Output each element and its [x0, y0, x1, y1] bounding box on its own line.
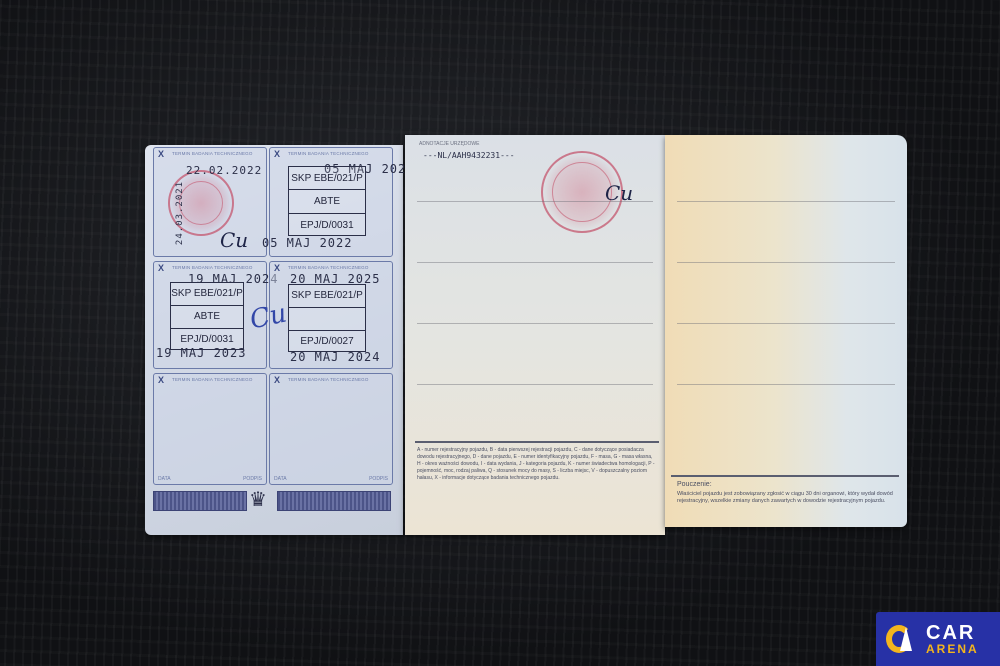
cell-header: TERMIN BADANIA TECHNICZNEGO [172, 265, 253, 270]
notice-page: Pouczenie: Właściciel pojazdu jest zobow… [665, 135, 907, 527]
cell-header: TERMIN BADANIA TECHNICZNEGO [288, 151, 369, 156]
cell-header: TERMIN BADANIA TECHNICZNEGO [288, 377, 369, 382]
notice-title: Pouczenie: [677, 481, 712, 488]
cell-mark: X [274, 375, 280, 385]
inspection-cell-1: X TERMIN BADANIA TECHNICZNEGO 22.02.2022… [153, 147, 267, 257]
security-band-left [153, 491, 247, 511]
divider [415, 441, 659, 443]
stamp-station: SKP EBE/021/P [171, 283, 243, 306]
side-date: 24.03.2021 [175, 181, 185, 245]
inspection-cell-4: X TERMIN BADANIA TECHNICZNEGO 20 MAJ 202… [269, 261, 393, 369]
car-arena-logo-icon [886, 623, 918, 655]
cell-footer-right: PODPIS [243, 476, 262, 482]
inspection-cell-5: X TERMIN BADANIA TECHNICZNEGO DATA PODPI… [153, 373, 267, 485]
cell-mark: X [158, 263, 164, 273]
stamp-date-bottom: 19 MAJ 2023 [156, 346, 246, 360]
stamp-date-bottom: 20 MAJ 2024 [290, 350, 380, 364]
ruled-lines [417, 201, 653, 445]
cell-footer-left: DATA [274, 476, 287, 482]
legend-text: A - numer rejestracyjny pojazdu, B - dat… [417, 447, 657, 525]
stamp-category: ABTE [289, 190, 365, 213]
stamp-category [289, 308, 365, 331]
stamp-date-bottom: 05 MAJ 2022 [262, 236, 352, 250]
security-band-right [277, 491, 391, 511]
inspection-cell-2: X TERMIN BADANIA TECHNICZNEGO 05 MAJ 202… [269, 147, 393, 257]
stamp-date-top: 22.02.2022 [186, 164, 262, 177]
official-notes-page: ADNOTACJE URZĘDOWE ---NL/AAH9432231--- C… [405, 135, 665, 535]
cell-header: TERMIN BADANIA TECHNICZNEGO [172, 377, 253, 382]
cell-mark: X [158, 149, 164, 159]
cell-mark: X [158, 375, 164, 385]
divider [671, 475, 899, 477]
serial-number: ---NL/AAH9432231--- [423, 151, 515, 160]
stamp-station: SKP EBE/021/P [289, 167, 365, 190]
logo-word-arena: ARENA [926, 643, 979, 655]
inspection-page: X TERMIN BADANIA TECHNICZNEGO 22.02.2022… [145, 145, 403, 535]
notice-text: Właściciel pojazdu jest zobowiązany zgło… [677, 491, 897, 521]
cell-mark: X [274, 149, 280, 159]
cell-header: TERMIN BADANIA TECHNICZNEGO [288, 265, 369, 270]
stamp-category: ABTE [171, 306, 243, 329]
cell-mark: X [274, 263, 280, 273]
logo-word-car: CAR [926, 623, 979, 643]
registration-document: X TERMIN BADANIA TECHNICZNEGO 22.02.2022… [145, 133, 907, 535]
cell-header: TERMIN BADANIA TECHNICZNEGO [172, 151, 253, 156]
inspection-stamp: SKP EBE/021/P ABTE EPJ/D/0031 [288, 166, 366, 236]
cell-footer-right: PODPIS [369, 476, 388, 482]
inspection-stamp: SKP EBE/021/P EPJ/D/0027 [288, 284, 366, 352]
inspection-stamp: SKP EBE/021/P ABTE EPJ/D/0031 [170, 282, 244, 350]
signature: Cu [220, 228, 248, 252]
notes-label: ADNOTACJE URZĘDOWE [419, 141, 479, 147]
cell-footer-left: DATA [158, 476, 171, 482]
stamp-examiner: EPJ/D/0031 [289, 214, 365, 236]
eagle-emblem-icon: ♛ [249, 487, 267, 512]
ruled-lines [677, 201, 895, 445]
stamp-station: SKP EBE/021/P [289, 285, 365, 308]
inspection-cell-6: X TERMIN BADANIA TECHNICZNEGO DATA PODPI… [269, 373, 393, 485]
car-arena-logo: CAR ARENA [876, 612, 1000, 666]
signature: Cu [247, 299, 289, 336]
